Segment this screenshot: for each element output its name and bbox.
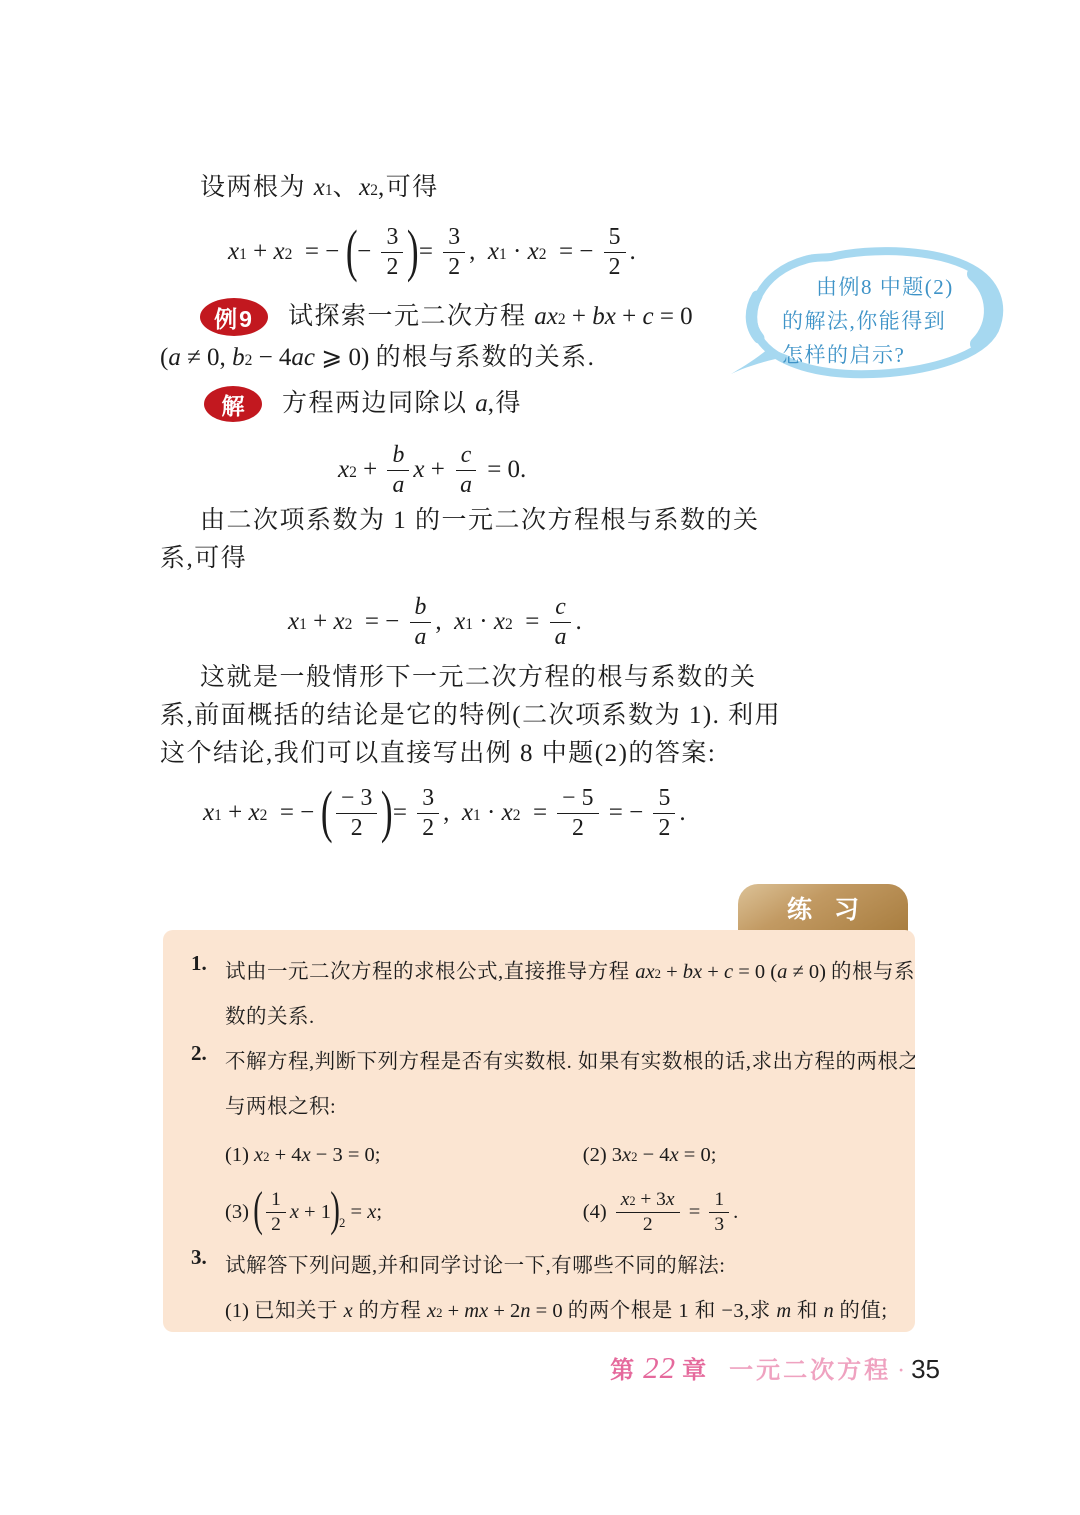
para-coeff1-line2: 系,可得 [160,543,247,576]
bubble-line-3: 怎样的启示? [782,338,972,372]
problem-3-head: 试解答下列问题,并和同学讨论一下,有哪些不同的解法: [225,1244,895,1289]
solution-line: 方程两边同除以 a,得 [282,388,522,421]
problem-2-item-1: (1) x2 + 4x − 3 = 0; [225,1130,583,1180]
problem-2-subitems-row2: (3) (12x + 1)2 = x; (4) x2 + 3x2 = 13. [225,1180,915,1244]
problem-2-item-4: (4) x2 + 3x2 = 13. [583,1180,915,1244]
solution-badge: 解 [204,386,262,422]
page-footer: 第 22 章 一元二次方程 · 35 [610,1350,940,1386]
para-general-line3: 这个结论,我们可以直接写出例 8 中题(2)的答案: [160,738,716,771]
formula-divided: x2 + bax + ca = 0. [338,432,526,508]
example9-row: 例9 试探索一元二次方程 ax2 + bx + c = 0 [200,298,693,336]
bubble-line-1: 由例8 中题(2) [782,270,972,304]
problem-2-subitems-row1: (1) x2 + 4x − 3 = 0; (2) 3x2 − 4x = 0; [225,1130,915,1180]
problem-2-line2: 与两根之积: [225,1085,915,1130]
formula-example8: x1 + x2 = − (− 32)= 32, x1 · x2 = − 52. [228,212,636,292]
example9-line1: 试探索一元二次方程 ax2 + bx + c = 0 [288,301,693,334]
problem-2-item-3: (3) (12x + 1)2 = x; [225,1180,583,1244]
problem-1: 1. 试由一元二次方程的求根公式,直接推导方程 ax2 + bx + c = 0… [191,950,889,1040]
chapter-title: 一元二次方程 [729,1350,891,1385]
problem-3: 3. 试解答下列问题,并和同学讨论一下,有哪些不同的解法: (1) 已知关于 x… [191,1244,889,1332]
problem-2-item-2: (2) 3x2 − 4x = 0; [583,1130,915,1180]
thought-bubble-text: 由例8 中题(2) 的解法,你能得到 怎样的启示? [782,270,972,372]
problem-3-sub1: (1) 已知关于 x 的方程 x2 + mx + 2n = 0 的两个根是 1 … [225,1289,895,1332]
para-general-line1: 这就是一般情形下一元二次方程的根与系数的关 [200,662,757,695]
problem-3-number: 3. [191,1244,225,1270]
para-coeff1-line1: 由二次项系数为 1 的一元二次方程根与系数的关 [200,505,760,538]
chapter-number: 22 [643,1350,676,1386]
problem-2: 2. 不解方程,判断下列方程是否有实数根. 如果有实数根的话,求出方程的两根之和… [191,1040,889,1244]
practice-box: 1. 试由一元二次方程的求根公式,直接推导方程 ax2 + bx + c = 0… [163,930,915,1332]
practice-tab: 练习 [738,884,908,932]
bubble-line-2: 的解法,你能得到 [782,304,972,338]
problem-2-number: 2. [191,1040,225,1066]
page-number: 35 [911,1354,940,1385]
formula-general: x1 + x2 = − ba, x1 · x2 = ca. [288,585,582,659]
intro-line: 设两根为 x1、x2,可得 [200,172,439,205]
example9-line2: (a ≠ 0, b2 − 4ac ⩾ 0) 的根与系数的关系. [160,342,595,375]
example9-badge: 例9 [200,298,268,336]
textbook-page: 设两根为 x1、x2,可得 x1 + x2 = − (− 32)= 32, x1… [0,0,1080,1515]
problem-2-line1: 不解方程,判断下列方程是否有实数根. 如果有实数根的话,求出方程的两根之和 [225,1040,915,1085]
formula-answer: x1 + x2 = − (− 32)= 32, x1 · x2 = − 52 =… [203,772,686,854]
footer-separator: · [897,1358,905,1385]
problem-1-line1: 试由一元二次方程的求根公式,直接推导方程 ax2 + bx + c = 0 (a… [225,950,915,995]
problem-1-number: 1. [191,950,225,976]
chapter-unit: 章 [682,1350,709,1385]
chapter-label: 第 [610,1350,637,1385]
para-general-line2: 系,前面概括的结论是它的特例(二次项系数为 1). 利用 [160,700,781,733]
problem-1-line2: 数的关系. [225,995,915,1040]
solution-row: 解 方程两边同除以 a,得 [204,386,522,422]
